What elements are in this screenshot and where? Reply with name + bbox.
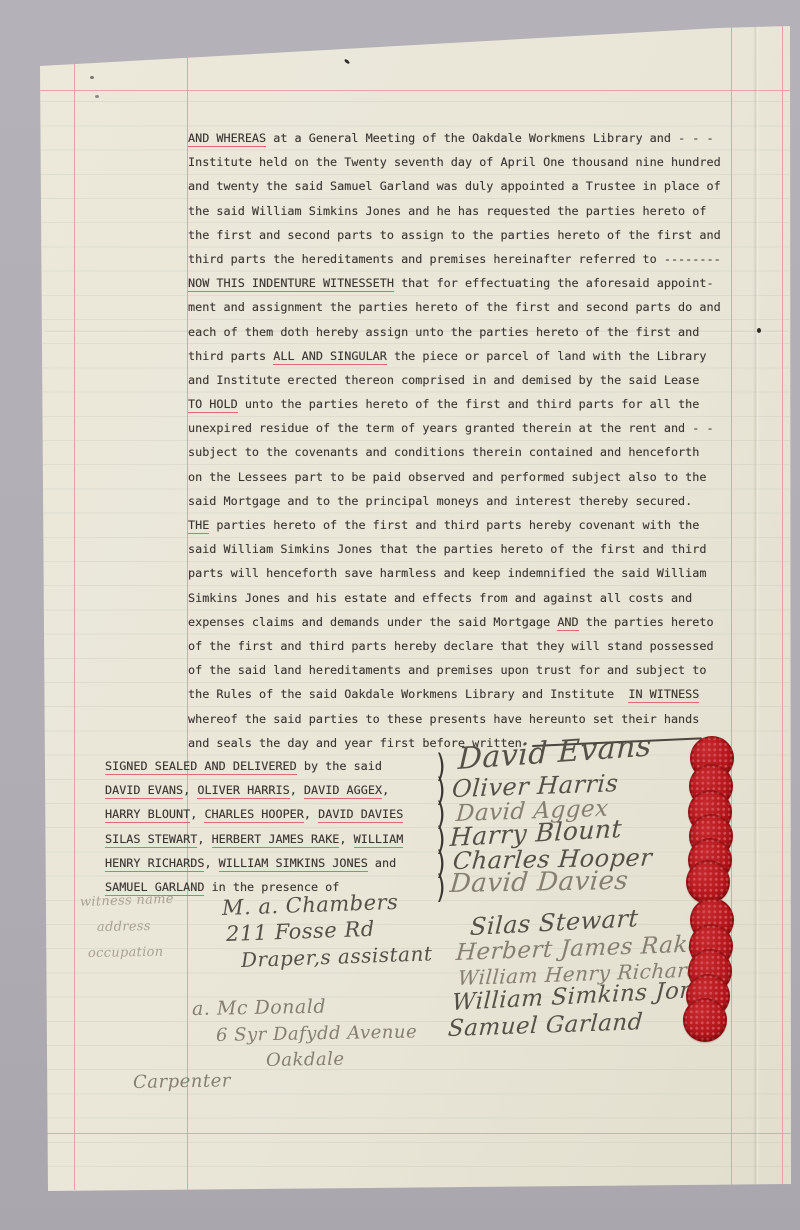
- deed-line: unexpired residue of the term of years g…: [188, 416, 748, 440]
- document-scan: AND WHEREAS at a General Meeting of the …: [0, 0, 800, 1230]
- attestation-line: SIGNED SEALED AND DELIVERED by the said: [105, 754, 465, 778]
- witness2-signature: a. Mc Donald: [192, 996, 326, 1020]
- margin-note-occupation: occupation: [88, 945, 164, 961]
- ink-speck: [757, 328, 761, 333]
- deed-line: ment and assignment the parties hereto o…: [188, 295, 748, 319]
- deed-line: of the said land hereditaments and premi…: [188, 658, 748, 682]
- deed-line: and twenty the said Samuel Garland was d…: [188, 174, 748, 198]
- attestation-line: DAVID EVANS, OLIVER HARRIS, DAVID AGGEX,: [105, 778, 465, 802]
- foot-rule: [40, 1133, 791, 1134]
- margin-rule-right-outer: [782, 26, 783, 1190]
- attestation-brace: ): [434, 871, 448, 904]
- wax-seal: [683, 998, 727, 1042]
- deed-line: Simkins Jones and his estate and effects…: [188, 586, 748, 610]
- head-rule: [40, 90, 791, 91]
- deed-line: third parts ALL AND SINGULAR the piece o…: [188, 344, 748, 368]
- deed-body-text: AND WHEREAS at a General Meeting of the …: [188, 126, 748, 755]
- deed-line: expenses claims and demands under the sa…: [188, 610, 748, 634]
- witness2-address-line1: 6 Syr Dafydd Avenue: [216, 1021, 418, 1046]
- deed-line: AND WHEREAS at a General Meeting of the …: [188, 126, 748, 150]
- witness2-occupation: Carpenter: [133, 1070, 231, 1093]
- witness2-address-line2: Oakdale: [266, 1049, 345, 1071]
- margin-rule-left-outer: [74, 26, 75, 1190]
- deed-line: the Rules of the said Oakdale Workmens L…: [188, 682, 748, 706]
- deed-line: NOW THIS INDENTURE WITNESSETH that for e…: [188, 271, 748, 295]
- deed-page: AND WHEREAS at a General Meeting of the …: [0, 0, 800, 1230]
- ink-speck: [95, 95, 99, 98]
- deed-line: THE parties hereto of the first and thir…: [188, 513, 748, 537]
- attestation-line: HENRY RICHARDS, WILLIAM SIMKINS JONES an…: [105, 851, 465, 875]
- vertical-fold-crease: [753, 26, 760, 1186]
- attestation-line: SILAS STEWART, HERBERT JAMES RAKE, WILLI…: [105, 827, 465, 851]
- ink-speck: [344, 58, 351, 64]
- deed-line: said Mortgage and to the principal money…: [188, 489, 748, 513]
- deed-line: the said William Simkins Jones and he ha…: [188, 199, 748, 223]
- deed-line: and Institute erected thereon comprised …: [188, 368, 748, 392]
- deed-line: the first and second parts to assign to …: [188, 223, 748, 247]
- ink-speck: [90, 76, 94, 79]
- attestation-block: SIGNED SEALED AND DELIVERED by the saidD…: [105, 754, 465, 899]
- deed-line: whereof the said parties to these presen…: [188, 707, 748, 731]
- signature-david-davies: David Davies: [449, 866, 630, 899]
- margin-note-address: address: [97, 919, 151, 935]
- deed-line: of the first and third parts hereby decl…: [188, 634, 748, 658]
- deed-line: parts will henceforth save harmless and …: [188, 561, 748, 585]
- deed-line: TO HOLD unto the parties hereto of the f…: [188, 392, 748, 416]
- deed-line: on the Lessees part to be paid observed …: [188, 465, 748, 489]
- deed-line: said William Simkins Jones that the part…: [188, 537, 748, 561]
- deed-line: third parts the hereditaments and premis…: [188, 247, 748, 271]
- deed-line: Institute held on the Twenty seventh day…: [188, 150, 748, 174]
- deed-line: each of them doth hereby assign unto the…: [188, 320, 748, 344]
- attestation-line: HARRY BLOUNT, CHARLES HOOPER, DAVID DAVI…: [105, 802, 465, 826]
- deed-line: subject to the covenants and conditions …: [188, 440, 748, 464]
